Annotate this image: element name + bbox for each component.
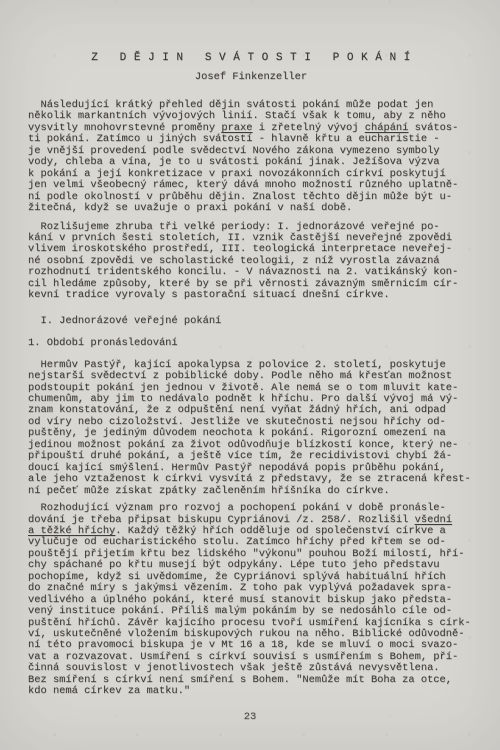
paragraph-4: Rozhodující význam pro rozvoj a pochopen… [28,503,474,698]
paragraph-1-text: svátos- ti pokání. Zatímco u jiných svát… [28,122,458,214]
paragraph-2: Rozlišujeme zhruba tři velké periody: I.… [28,222,474,302]
paragraph-4-text: . Každý těžký hřích odděluje od společen… [28,525,471,697]
paragraph-3: Hermův Pastýř, kající apokalypsa z polov… [28,360,474,497]
underlined-term-vsedni: všední [415,514,452,526]
page-content: Z D Ě J I N S V Á T O S T I P O K Á N Í … [0,0,500,698]
page-number: 23 [0,711,500,723]
paragraph-1: Následující krátký přehled dějin svátost… [28,100,474,215]
scanned-page: Z D Ě J I N S V Á T O S T I P O K Á N Í … [0,0,500,750]
article-title: Z D Ě J I N S V Á T O S T I P O K Á N Í [28,51,474,65]
paragraph-4-text: Rozhodující význam pro rozvoj a pochopen… [28,502,446,525]
article-author: Josef Finkenzeller [28,71,474,83]
subsection-heading: 1. Období pronásledování [28,338,474,349]
section-heading: I. Jednorázové veřejné pokání [28,316,474,327]
